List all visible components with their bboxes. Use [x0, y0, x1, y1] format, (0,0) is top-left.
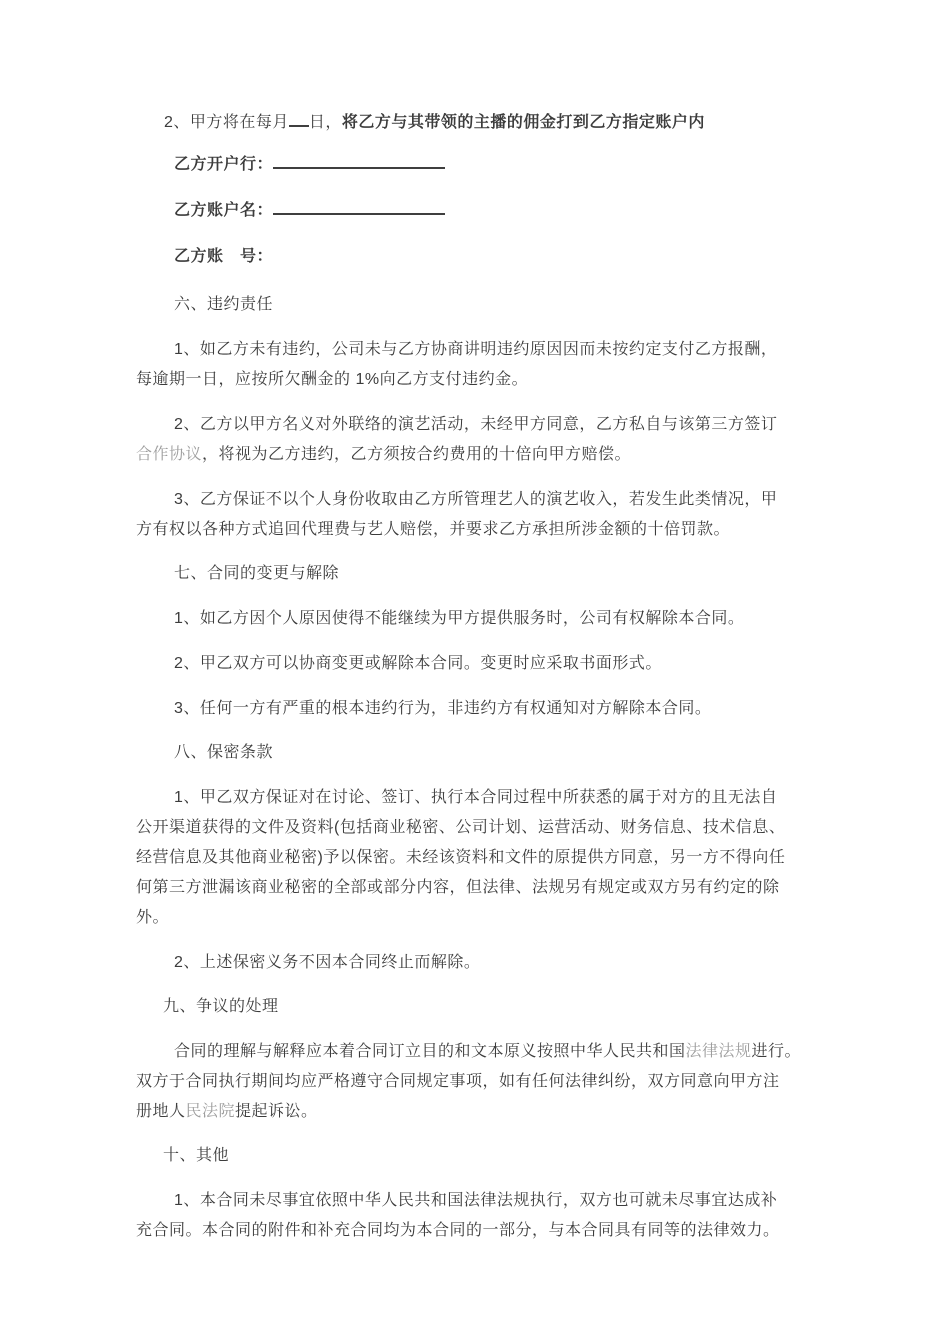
clause-7-1: 1、如乙方因个人原因使得不能继续为甲方提供服务时，公司有权解除本合同。 [136, 604, 820, 634]
text-run: 公开渠道获得的文件及资料(包括商业秘密、公司计划、运营活动、财务信息、技术信息、 [136, 819, 785, 836]
text-run: 册地人 [136, 1103, 186, 1120]
text-run: 乙方账 号： [174, 248, 273, 265]
text-line: 乙方开户行： [136, 146, 820, 184]
text-line: 2、甲乙双方可以协商变更或解除本合同。变更时应采取书面形式。 [136, 649, 820, 679]
text-run: 2、甲方将在每月 [164, 114, 289, 131]
text-run: 何第三方泄漏该商业秘密的全部或部分内容，但法律、法规另有规定或双方另有约定的除 [136, 879, 780, 896]
keyword-link[interactable]: 民法院 [186, 1103, 236, 1120]
text-run: ，将视为乙方违约，乙方须按合约费用的十倍向甲方赔偿。 [202, 446, 631, 463]
text-run: 2、乙方以甲方名义对外联络的演艺活动，未经甲方同意，乙方私自与该第三方签订 [174, 416, 777, 433]
text-run: 1、本合同未尽事宜依照中华人民共和国法律法规执行，双方也可就未尽事宜达成补 [174, 1192, 777, 1209]
text-run: 2、甲乙双方可以协商变更或解除本合同。变更时应采取书面形式。 [174, 655, 662, 672]
text-run: 九、争议的处理 [163, 998, 279, 1015]
clause-6-1: 1、如乙方未有违约，公司未与乙方协商讲明违约原因因而未按约定支付乙方报酬，每逾期… [136, 335, 820, 395]
text-line: 公开渠道获得的文件及资料(包括商业秘密、公司计划、运营活动、财务信息、技术信息、 [136, 813, 820, 843]
text-line: 经营信息及其他商业秘密)予以保密。未经该资料和文件的原提供方同意，另一方不得向任 [136, 843, 820, 873]
text-run: 3、任何一方有严重的根本违约行为，非违约方有权通知对方解除本合同。 [174, 700, 711, 717]
text-line: 2、甲方将在每月日，将乙方与其带领的主播的佣金打到乙方指定账户内 [136, 108, 820, 138]
text-line: 2、上述保密义务不因本合同终止而解除。 [136, 948, 820, 978]
clause-9-1: 合同的理解与解释应本着合同订立目的和文本原义按照中华人民共和国法律法规进行。双方… [136, 1037, 820, 1127]
section-6-heading: 六、违约责任 [136, 290, 820, 320]
text-run: 每逾期一日，应按所欠酬金的 1%向乙方支付违约金。 [136, 371, 528, 388]
text-run: 1、如乙方未有违约，公司未与乙方协商讲明违约原因因而未按约定支付乙方报酬， [174, 341, 777, 358]
text-run: 3、乙方保证不以个人身份收取由乙方所管理艺人的演艺收入，若发生此类情况，甲 [174, 491, 777, 508]
clause-7-2: 2、甲乙双方可以协商变更或解除本合同。变更时应采取书面形式。 [136, 649, 820, 679]
fill-in-blank-underline [289, 125, 309, 127]
text-line: 八、保密条款 [136, 738, 820, 768]
text-line: 合同的理解与解释应本着合同订立目的和文本原义按照中华人民共和国法律法规进行。 [136, 1037, 820, 1067]
text-line: 1、如乙方未有违约，公司未与乙方协商讲明违约原因因而未按约定支付乙方报酬， [136, 335, 820, 365]
text-run: 外。 [136, 909, 169, 926]
text-line: 十、其他 [136, 1141, 820, 1171]
text-line: 1、如乙方因个人原因使得不能继续为甲方提供服务时，公司有权解除本合同。 [136, 604, 820, 634]
clause-6-2: 2、乙方以甲方名义对外联络的演艺活动，未经甲方同意，乙方私自与该第三方签订合作协… [136, 410, 820, 470]
text-line: 册地人民法院提起诉讼。 [136, 1097, 820, 1127]
text-line: 六、违约责任 [136, 290, 820, 320]
text-run: 乙方账户名： [174, 202, 273, 219]
text-line: 七、合同的变更与解除 [136, 559, 820, 589]
text-line: 3、乙方保证不以个人身份收取由乙方所管理艺人的演艺收入，若发生此类情况，甲 [136, 485, 820, 515]
text-line: 充合同。本合同的附件和补充合同均为本合同的一部分，与本合同具有同等的法律效力。 [136, 1216, 820, 1246]
text-line: 合作协议，将视为乙方违约，乙方须按合约费用的十倍向甲方赔偿。 [136, 440, 820, 470]
document-body: 2、甲方将在每月日，将乙方与其带领的主播的佣金打到乙方指定账户内乙方开户行：乙方… [0, 0, 950, 1286]
clause-8-1: 1、甲乙双方保证对在讨论、签订、执行本合同过程中所获悉的属于对方的且无法自公开渠… [136, 783, 820, 933]
section-10-heading: 十、其他 [136, 1141, 820, 1171]
text-run: 经营信息及其他商业秘密)予以保密。未经该资料和文件的原提供方同意，另一方不得向任 [136, 849, 785, 866]
section-9-heading: 九、争议的处理 [136, 992, 820, 1022]
clause-7-3: 3、任何一方有严重的根本违约行为，非违约方有权通知对方解除本合同。 [136, 694, 820, 724]
text-run: 2、上述保密义务不因本合同终止而解除。 [174, 954, 480, 971]
text-run: 六、违约责任 [174, 296, 273, 313]
text-line: 2、乙方以甲方名义对外联络的演艺活动，未经甲方同意，乙方私自与该第三方签订 [136, 410, 820, 440]
text-line: 1、甲乙双方保证对在讨论、签订、执行本合同过程中所获悉的属于对方的且无法自 [136, 783, 820, 813]
text-line: 九、争议的处理 [136, 992, 820, 1022]
text-run: 进行。 [752, 1043, 802, 1060]
keyword-link[interactable]: 法律法规 [686, 1043, 752, 1060]
text-run: 将乙方与其带领的主播的佣金打到乙方指定账户内 [342, 114, 705, 131]
fill-in-blank-underline [273, 213, 445, 215]
text-line: 外。 [136, 903, 820, 933]
text-line: 双方于合同执行期间均应严格遵守合同规定事项，如有任何法律纠纷，双方同意向甲方注 [136, 1067, 820, 1097]
bank-line-account-number: 乙方账 号： [136, 238, 820, 276]
text-run: 七、合同的变更与解除 [174, 565, 339, 582]
text-run: 日， [309, 114, 342, 131]
text-line: 方有权以各种方式追回代理费与艺人赔偿，并要求乙方承担所涉金额的十倍罚款。 [136, 515, 820, 545]
text-run: 乙方开户行： [174, 156, 273, 173]
text-line: 何第三方泄漏该商业秘密的全部或部分内容，但法律、法规另有规定或双方另有约定的除 [136, 873, 820, 903]
fill-in-blank-underline [273, 167, 445, 169]
text-run: 合同的理解与解释应本着合同订立目的和文本原义按照中华人民共和国 [174, 1043, 686, 1060]
contract-page: 2、甲方将在每月日，将乙方与其带领的主播的佣金打到乙方指定账户内乙方开户行：乙方… [0, 0, 950, 1344]
text-run: 方有权以各种方式追回代理费与艺人赔偿，并要求乙方承担所涉金额的十倍罚款。 [136, 521, 730, 538]
keyword-link[interactable]: 合作协议 [136, 446, 202, 463]
bank-line-account-name: 乙方账户名： [136, 192, 820, 230]
bank-line-opening-bank: 乙方开户行： [136, 146, 820, 184]
section-7-heading: 七、合同的变更与解除 [136, 559, 820, 589]
text-line: 乙方账 号： [136, 238, 820, 276]
clause-6-3: 3、乙方保证不以个人身份收取由乙方所管理艺人的演艺收入，若发生此类情况，甲方有权… [136, 485, 820, 545]
text-line: 1、本合同未尽事宜依照中华人民共和国法律法规执行，双方也可就未尽事宜达成补 [136, 1186, 820, 1216]
text-line: 每逾期一日，应按所欠酬金的 1%向乙方支付违约金。 [136, 365, 820, 395]
text-run: 提起诉讼。 [235, 1103, 318, 1120]
text-run: 十、其他 [163, 1147, 229, 1164]
text-run: 充合同。本合同的附件和补充合同均为本合同的一部分，与本合同具有同等的法律效力。 [136, 1222, 780, 1239]
text-run: 1、甲乙双方保证对在讨论、签订、执行本合同过程中所获悉的属于对方的且无法自 [174, 789, 777, 806]
clause-8-2: 2、上述保密义务不因本合同终止而解除。 [136, 948, 820, 978]
text-line: 乙方账户名： [136, 192, 820, 230]
text-line: 3、任何一方有严重的根本违约行为，非违约方有权通知对方解除本合同。 [136, 694, 820, 724]
clause-payment-schedule: 2、甲方将在每月日，将乙方与其带领的主播的佣金打到乙方指定账户内 [136, 108, 820, 138]
text-run: 1、如乙方因个人原因使得不能继续为甲方提供服务时，公司有权解除本合同。 [174, 610, 744, 627]
section-8-heading: 八、保密条款 [136, 738, 820, 768]
text-run: 双方于合同执行期间均应严格遵守合同规定事项，如有任何法律纠纷，双方同意向甲方注 [136, 1073, 780, 1090]
clause-10-1: 1、本合同未尽事宜依照中华人民共和国法律法规执行，双方也可就未尽事宜达成补充合同… [136, 1186, 820, 1246]
text-run: 八、保密条款 [174, 744, 273, 761]
